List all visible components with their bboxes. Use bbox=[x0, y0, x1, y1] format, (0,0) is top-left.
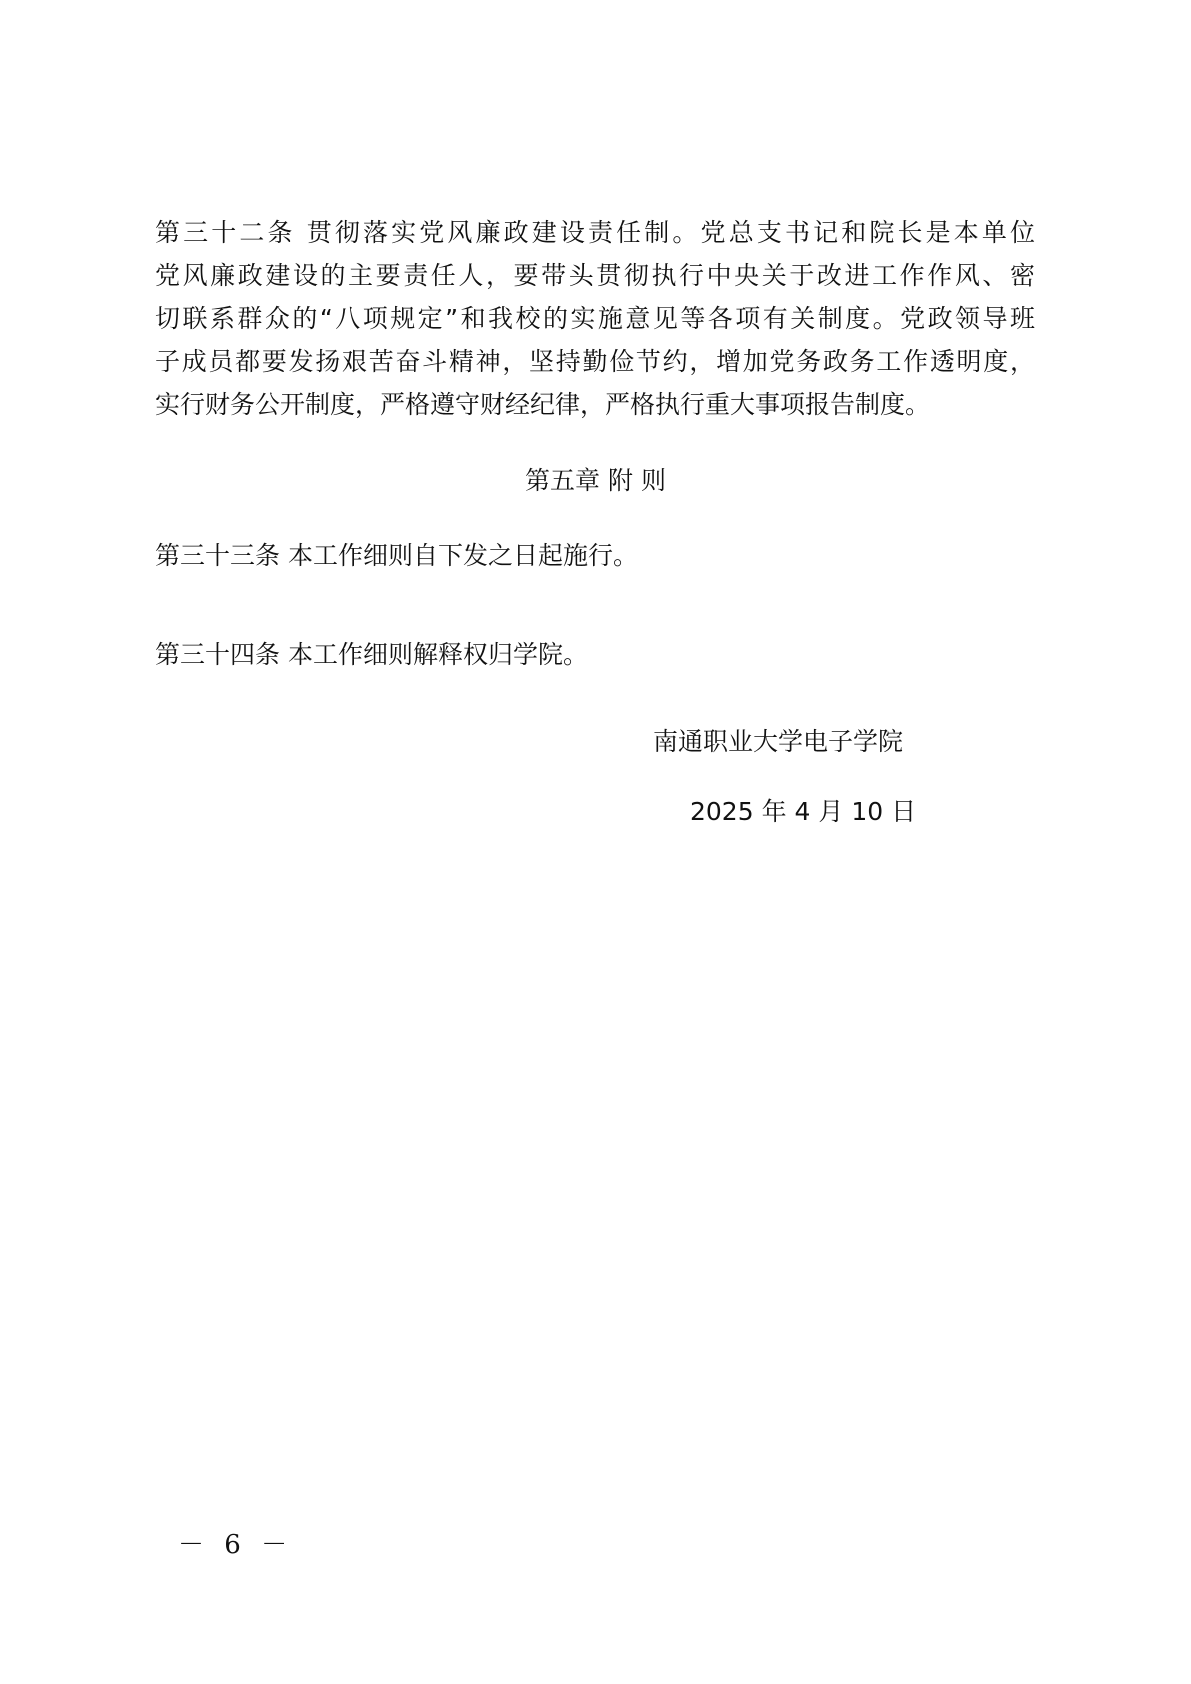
article-32-line-2: 党风廉政建设的主要责任人，要带头贯彻执行中央关于改进工作作风、密 bbox=[155, 261, 1035, 291]
article-32-line-1: 第三十二条 贯彻落实党风廉政建设责任制。党总支书记和院长是本单位 bbox=[155, 218, 1035, 248]
article-32-line-3: 切联系群众的“八项规定”和我校的实施意见等各项有关制度。党政领导班 bbox=[155, 304, 1035, 334]
article-33: 第三十三条 本工作细则自下发之日起施行。 bbox=[155, 541, 638, 571]
article-32-line-4: 子成员都要发扬艰苦奋斗精神，坚持勤俭节约，增加党务政务工作透明度， bbox=[155, 347, 1035, 377]
article-32-line-5: 实行财务公开制度，严格遵守财经纪律，严格执行重大事项报告制度。 bbox=[155, 390, 930, 420]
signature-org: 南通职业大学电子学院 bbox=[653, 727, 903, 757]
article-34: 第三十四条 本工作细则解释权归学院。 bbox=[155, 640, 588, 670]
page-number: － 6 － bbox=[178, 1524, 293, 1561]
chapter-title: 第五章 附 则 bbox=[0, 466, 1191, 496]
signature-date: 2025 年 4 月 10 日 bbox=[690, 797, 916, 827]
